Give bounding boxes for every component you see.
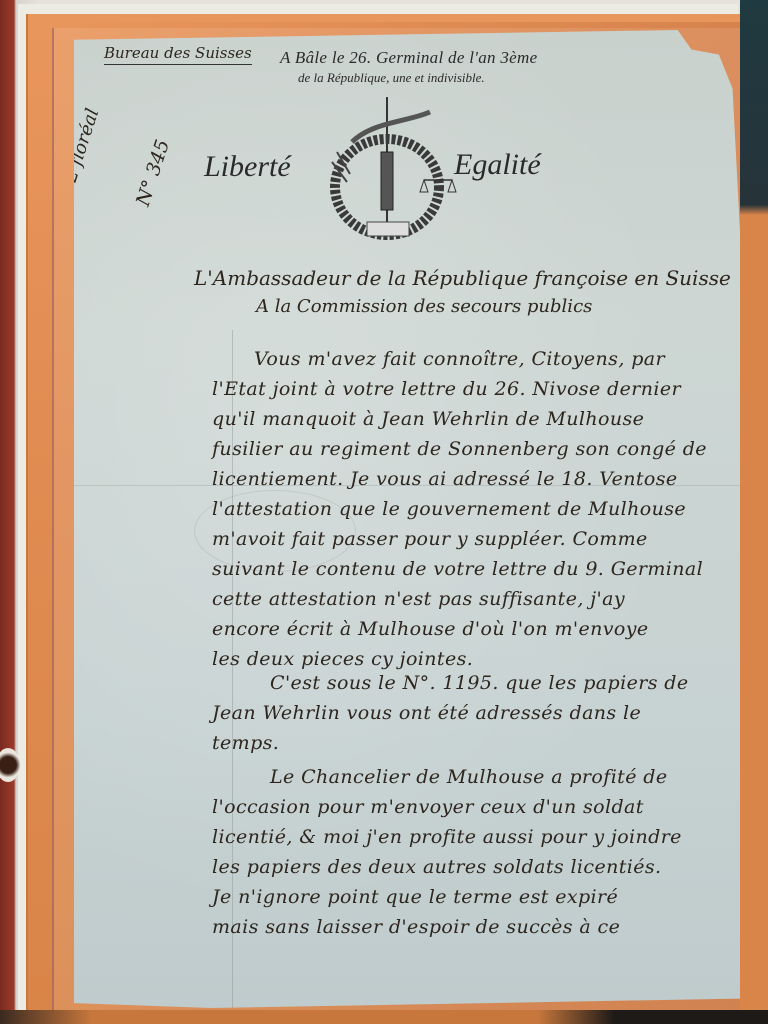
body-line: Le Chancelier de Mulhouse a profité de: [270, 766, 668, 788]
fold-line-vertical: [232, 330, 233, 1010]
recipient-heading: A la Commission des secours publics: [256, 296, 592, 317]
body-line: mais sans laisser d'espoir de succès à c…: [212, 916, 620, 938]
wreath-fasces-emblem-icon: [312, 92, 462, 242]
motto-liberte: Liberté: [204, 150, 291, 184]
body-line: Jean Wehrlin vous ont été adressés dans …: [212, 702, 641, 724]
body-line: fusilier au regiment de Sonnenberg son c…: [212, 438, 707, 460]
body-line: les papiers des deux autres soldats lice…: [212, 856, 661, 878]
date-line-2: de la République, une et indivisible.: [298, 70, 485, 86]
body-line: Je n'ignore point que le terme est expir…: [212, 886, 618, 908]
body-line: licentié, & moi j'en profite aussi pour …: [212, 826, 682, 848]
photo-scene: Bureau des Suisses A Bâle le 26. Germina…: [0, 0, 768, 1024]
body-line: cette attestation n'est pas suffisante, …: [212, 588, 625, 610]
body-line: l'Etat joint à votre lettre du 26. Nivos…: [212, 378, 681, 400]
sender-heading: L'Ambassadeur de la République françoise…: [194, 266, 731, 290]
letter-paper: Bureau des Suisses A Bâle le 26. Germina…: [74, 30, 760, 1008]
body-line: encore écrit à Mulhouse d'où l'on m'envo…: [212, 618, 649, 640]
bureau-heading: Bureau des Suisses: [104, 44, 252, 65]
date-line: A Bâle le 26. Germinal de l'an 3ème: [280, 48, 537, 68]
body-line: temps.: [212, 732, 279, 754]
body-line: l'occasion pour m'envoyer ceux d'un sold…: [212, 796, 644, 818]
body-line: l'attestation que le gouvernement de Mul…: [212, 498, 686, 520]
body-line: suivant le contenu de votre lettre du 9.…: [212, 558, 703, 580]
body-line: les deux pieces cy jointes.: [212, 648, 473, 670]
margin-number: N° 345: [132, 137, 174, 209]
body-line: m'avoit fait passer pour y suppléer. Com…: [212, 528, 648, 550]
left-paper-hole: [0, 748, 20, 782]
body-line: C'est sous le N°. 1195. que les papiers …: [270, 672, 689, 694]
bottom-folder-edge: [0, 1010, 768, 1024]
motto-egalite: Egalité: [454, 148, 541, 182]
body-line: Vous m'avez fait connoître, Citoyens, pa…: [254, 348, 665, 370]
body-line: qu'il manquoit à Jean Wehrlin de Mulhous…: [212, 408, 644, 430]
right-edge-background: [740, 0, 768, 1024]
body-line: licentiement. Je vous ai adressé le 18. …: [212, 468, 678, 490]
